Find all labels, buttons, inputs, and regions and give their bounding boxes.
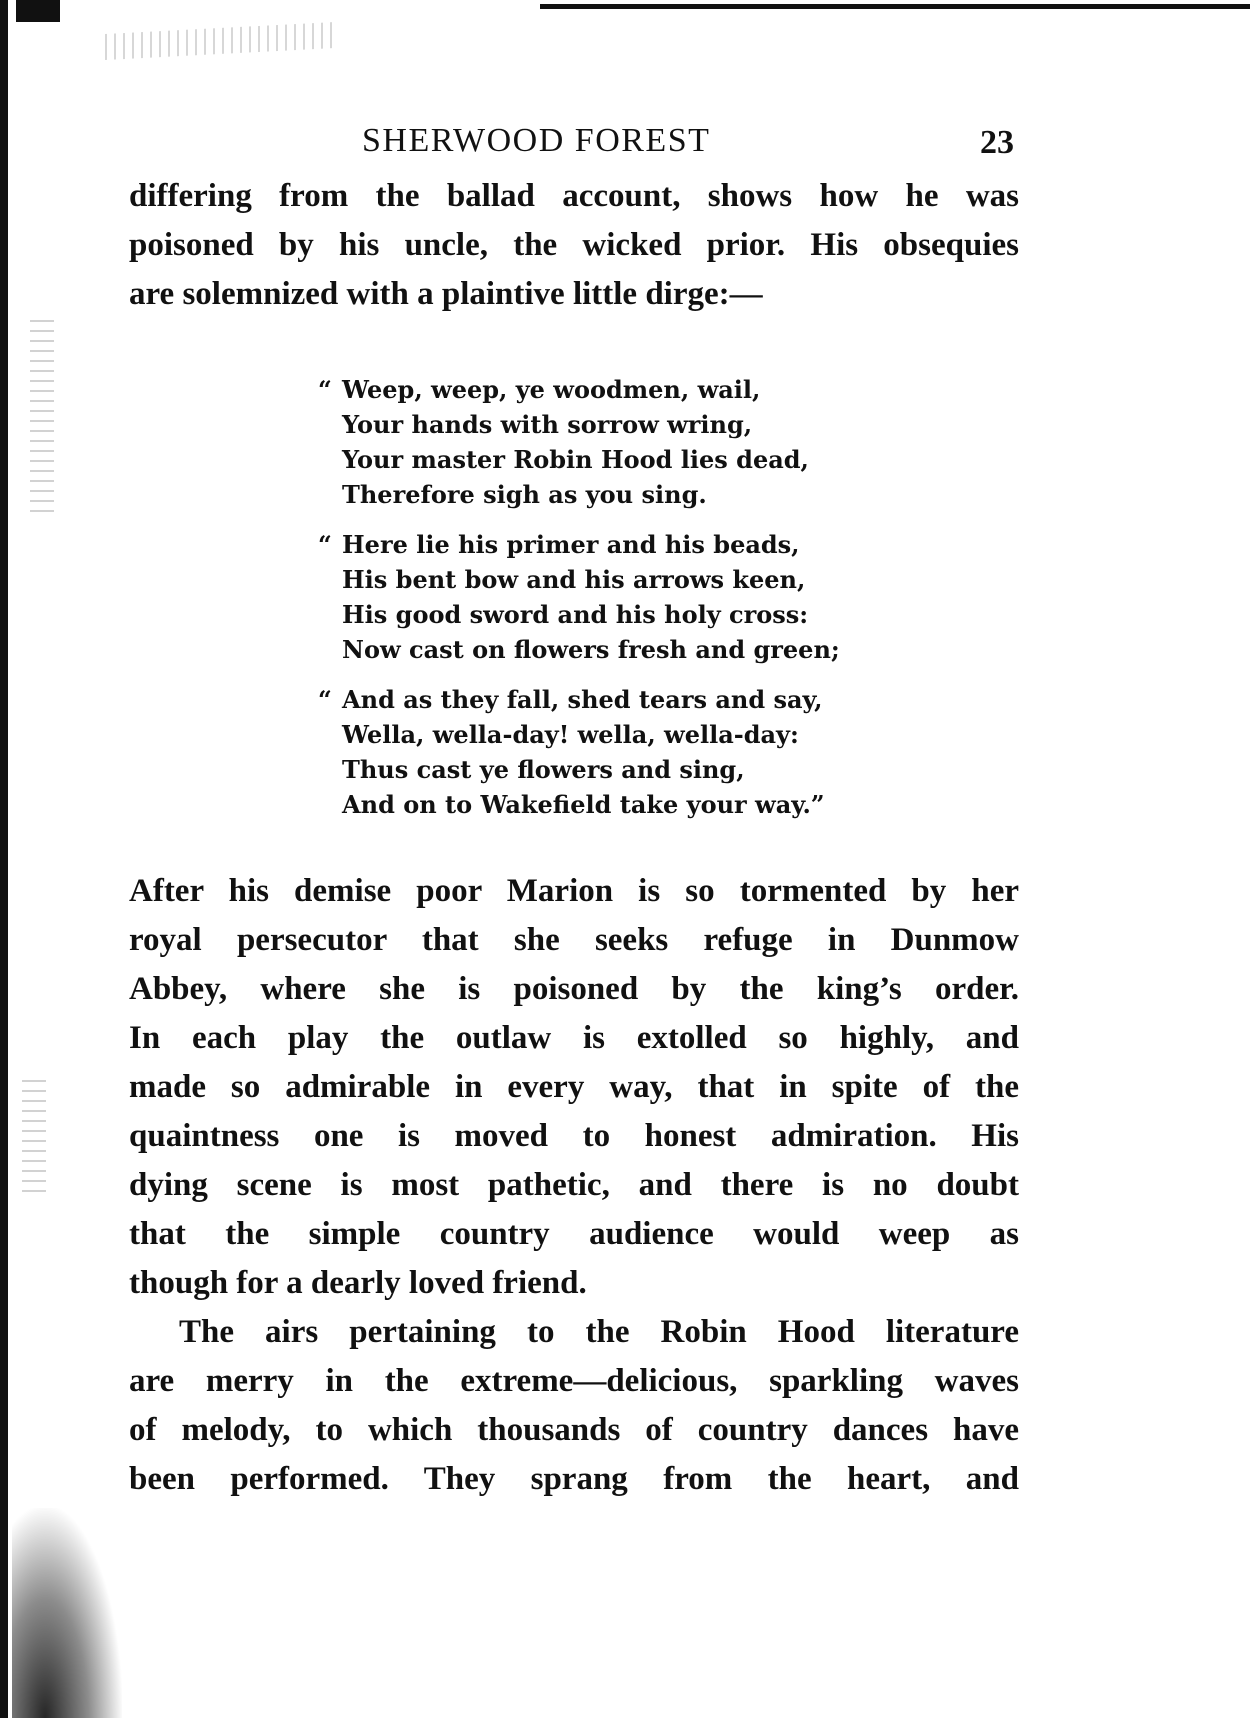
intro-paragraph: differing from the ballad account, shows…: [129, 172, 1019, 319]
verse-line: His good sword and his holy cross:: [318, 597, 840, 632]
verse-text: Here lie his primer and his beads,: [342, 530, 800, 559]
airs-paragraph: The airs pertaining to the Robin Hood li…: [129, 1308, 1019, 1504]
text-line: poisoned by his uncle, the wicked prior.…: [129, 221, 1019, 270]
page-number: 23: [980, 124, 1014, 162]
text-line: The airs pertaining to the Robin Hood li…: [129, 1308, 1019, 1357]
text-line: dying scene is most pathetic, and there …: [129, 1161, 1019, 1210]
text-line: After his demise poor Marion is so torme…: [129, 867, 1019, 916]
text-line: In each play the outlaw is extolled so h…: [129, 1014, 1019, 1063]
poem-stanza-3: “And as they fall, shed tears and say, W…: [318, 682, 825, 822]
verse-text: And as they fall, shed tears and say,: [342, 685, 823, 714]
text-line: differing from the ballad account, shows…: [129, 172, 1019, 221]
scan-noise: [105, 22, 335, 60]
verse-text: Weep, weep, ye woodmen, wail,: [342, 375, 760, 404]
text-line: been performed. They sprang from the hea…: [129, 1455, 1019, 1504]
text-line: made so admirable in every way, that in …: [129, 1063, 1019, 1112]
text-line: quaintness one is moved to honest admira…: [129, 1112, 1019, 1161]
scan-binding-edge: [0, 0, 8, 1718]
text-line: are solemnized with a plaintive little d…: [129, 270, 1019, 319]
text-line: Abbey, where she is poisoned by the king…: [129, 965, 1019, 1014]
scan-top-border: [540, 4, 1250, 9]
verse-line: His bent bow and his arrows keen,: [318, 562, 840, 597]
verse-line: Now cast on flowers fresh and green;: [318, 632, 840, 667]
text-line: that the simple country audience would w…: [129, 1210, 1019, 1259]
verse-line: “And as they fall, shed tears and say,: [318, 682, 825, 717]
verse-line: Your hands with sorrow wring,: [318, 407, 809, 442]
text-line: royal persecutor that she seeks refuge i…: [129, 916, 1019, 965]
poem-stanza-1: “Weep, weep, ye woodmen, wail, Your hand…: [318, 372, 809, 512]
text-line: of melody, to which thousands of country…: [129, 1406, 1019, 1455]
scan-smudge: [12, 1508, 122, 1718]
open-quote: “: [318, 527, 342, 562]
verse-line: Thus cast ye flowers and sing,: [318, 752, 825, 787]
text-line: are merry in the extreme—delicious, spar…: [129, 1357, 1019, 1406]
running-title: SHERWOOD FOREST: [362, 122, 710, 160]
verse-line: And on to Wakefield take your way.”: [318, 787, 825, 822]
verse-line: Therefore sigh as you sing.: [318, 477, 809, 512]
marion-paragraph: After his demise poor Marion is so torme…: [129, 867, 1019, 1308]
verse-line: Wella, wella-day! wella, wella-day:: [318, 717, 825, 752]
verse-line: “Here lie his primer and his beads,: [318, 527, 840, 562]
poem-stanza-2: “Here lie his primer and his beads, His …: [318, 527, 840, 667]
verse-line: Your master Robin Hood lies dead,: [318, 442, 809, 477]
book-page: SHERWOOD FOREST 23 differing from the ba…: [0, 0, 1250, 1718]
scan-corner-mark: [16, 0, 60, 22]
verse-line: “Weep, weep, ye woodmen, wail,: [318, 372, 809, 407]
text-line: though for a dearly loved friend.: [129, 1259, 1019, 1308]
scan-noise: [22, 1080, 46, 1200]
scan-noise: [30, 320, 54, 520]
open-quote: “: [318, 372, 342, 407]
open-quote: “: [318, 682, 342, 717]
